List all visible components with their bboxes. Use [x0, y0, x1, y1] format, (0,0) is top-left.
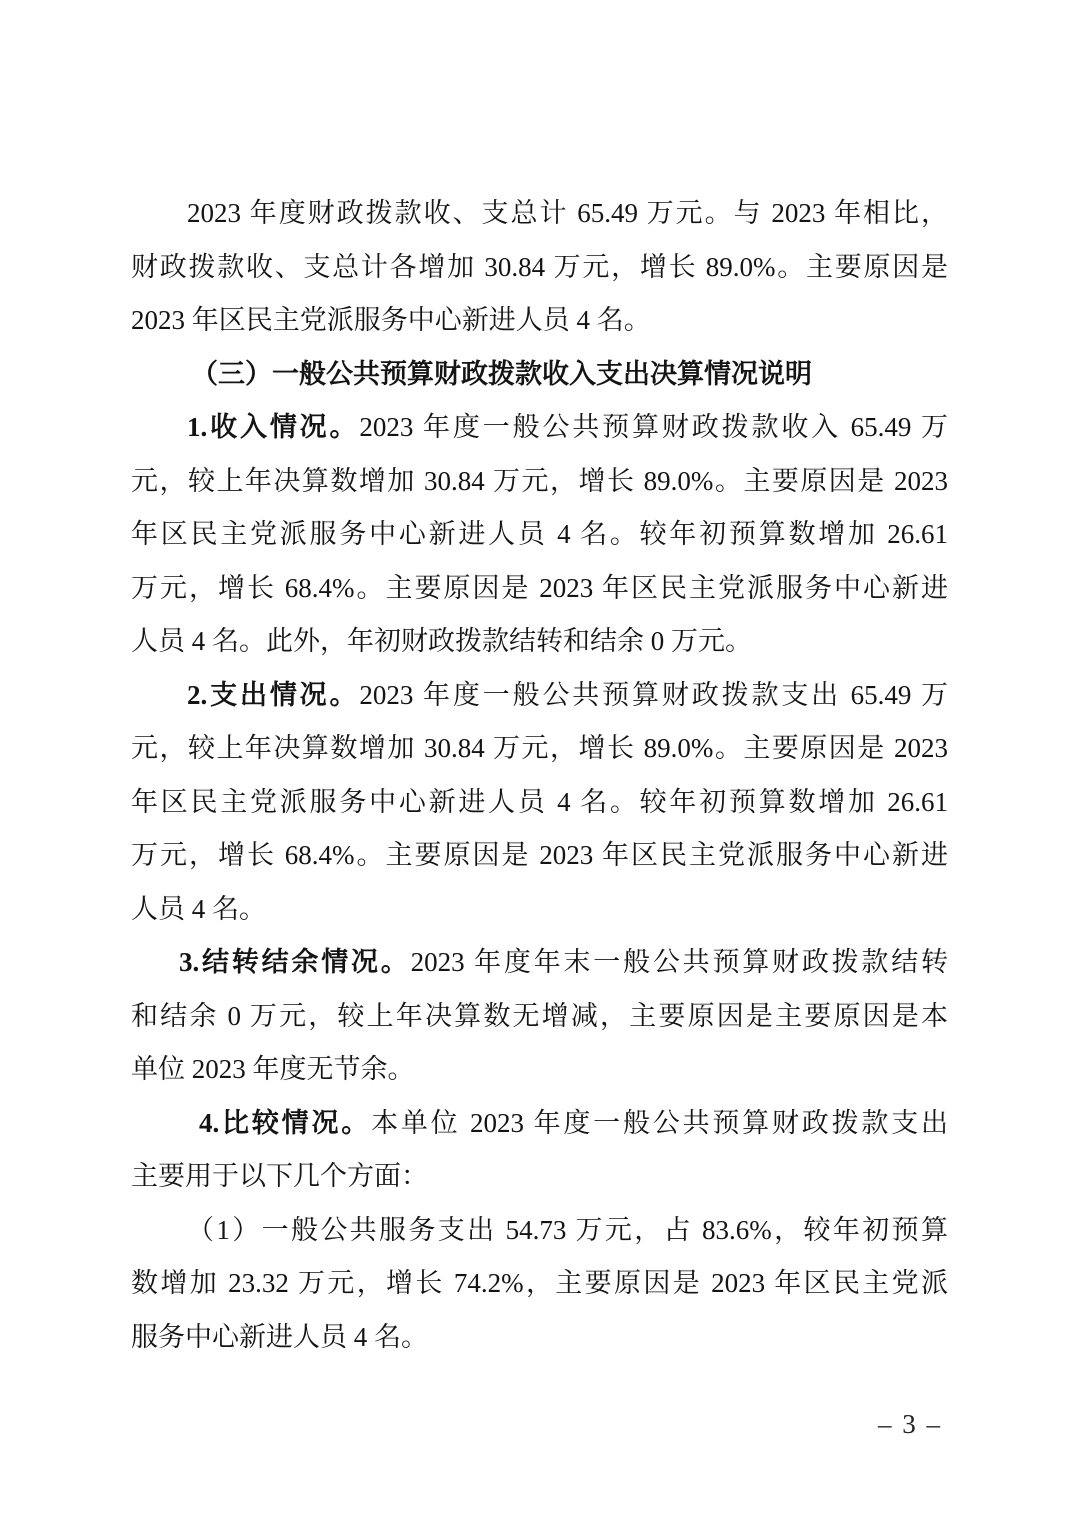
- text-run: 2023 年度一般公共预算财政拨款收入 65.49 万: [359, 412, 948, 442]
- text-run: 万元，增长 68.4%。主要原因是 2023 年区民主党派服务中心新进: [131, 573, 948, 603]
- para-expenditure-situation-line-1: 2.支出情况。2023 年度一般公共预算财政拨款支出 65.49 万: [131, 669, 948, 723]
- bold-run: 4.比较情况。: [199, 1108, 371, 1138]
- bold-run: 1.收入情况。: [187, 412, 359, 442]
- para-expenditure-situation-line-5: 人员 4 名。: [131, 883, 948, 937]
- text-run: 单位 2023 年度无节余。: [131, 1054, 415, 1084]
- document-page: 2023 年度财政拨款收、支总计 65.49 万元。与 2023 年相比，财政拨…: [0, 0, 1075, 1520]
- text-run: 2023 年度一般公共预算财政拨款支出 65.49 万: [359, 680, 948, 710]
- document-body: 2023 年度财政拨款收、支总计 65.49 万元。与 2023 年相比，财政拨…: [131, 187, 948, 1364]
- para-income-situation-line-5: 人员 4 名。此外，年初财政拨款结转和结余 0 万元。: [131, 615, 948, 669]
- text-run: 2023 年度财政拨款收、支总计 65.49 万元。与 2023 年相比，: [187, 198, 948, 228]
- text-run: 和结余 0 万元，较上年决算数无增减，主要原因是主要原因是本: [131, 1001, 948, 1031]
- text-run: 主要用于以下几个方面：: [131, 1161, 428, 1191]
- bold-run: 2.支出情况。: [187, 680, 359, 710]
- text-run: 数增加 23.32 万元，增长 74.2%，主要原因是 2023 年区民主党派: [131, 1268, 948, 1298]
- para-fiscal-appropriation-total-line-3: 2023 年区民主党派服务中心新进人员 4 名。: [131, 294, 948, 348]
- para-expenditure-situation-line-4: 万元，增长 68.4%。主要原因是 2023 年区民主党派服务中心新进: [131, 829, 948, 883]
- para-income-situation-line-4: 万元，增长 68.4%。主要原因是 2023 年区民主党派服务中心新进: [131, 562, 948, 616]
- para-income-situation-line-1: 1.收入情况。2023 年度一般公共预算财政拨款收入 65.49 万: [131, 401, 948, 455]
- para-item-general-public-service-line-1: （1）一般公共服务支出 54.73 万元，占 83.6%，较年初预算: [131, 1204, 948, 1258]
- text-run: 元，较上年决算数增加 30.84 万元，增长 89.0%。主要原因是 2023: [131, 466, 948, 496]
- text-run: 万元，增长 68.4%。主要原因是 2023 年区民主党派服务中心新进: [131, 840, 948, 870]
- para-income-situation-line-3: 年区民主党派服务中心新进人员 4 名。较年初预算数增加 26.61: [131, 508, 948, 562]
- heading-section-three-line-1: （三）一般公共预算财政拨款收入支出决算情况说明: [131, 348, 948, 402]
- bold-run: 3.结转结余情况。: [179, 947, 411, 977]
- text-run: （1）一般公共服务支出 54.73 万元，占 83.6%，较年初预算: [187, 1215, 948, 1245]
- para-expenditure-situation-line-2: 元，较上年决算数增加 30.84 万元，增长 89.0%。主要原因是 2023: [131, 722, 948, 776]
- para-fiscal-appropriation-total-line-1: 2023 年度财政拨款收、支总计 65.49 万元。与 2023 年相比，: [131, 187, 948, 241]
- para-comparison-situation-line-2: 主要用于以下几个方面：: [131, 1150, 948, 1204]
- para-carryover-balance-line-1: 3.结转结余情况。2023 年度年末一般公共预算财政拨款结转: [131, 936, 948, 990]
- text-run: 本单位 2023 年度一般公共预算财政拨款支出: [371, 1108, 948, 1138]
- text-run: 年区民主党派服务中心新进人员 4 名。较年初预算数增加 26.61: [131, 519, 948, 549]
- para-expenditure-situation-line-3: 年区民主党派服务中心新进人员 4 名。较年初预算数增加 26.61: [131, 776, 948, 830]
- para-item-general-public-service-line-3: 服务中心新进人员 4 名。: [131, 1311, 948, 1365]
- text-run: 元，较上年决算数增加 30.84 万元，增长 89.0%。主要原因是 2023: [131, 733, 948, 763]
- text-run: 服务中心新进人员 4 名。: [131, 1322, 428, 1352]
- para-fiscal-appropriation-total-line-2: 财政拨款收、支总计各增加 30.84 万元，增长 89.0%。主要原因是: [131, 241, 948, 295]
- para-comparison-situation-line-1: 4.比较情况。本单位 2023 年度一般公共预算财政拨款支出: [131, 1097, 948, 1151]
- text-run: 2023 年区民主党派服务中心新进人员 4 名。: [131, 305, 651, 335]
- para-carryover-balance-line-3: 单位 2023 年度无节余。: [131, 1043, 948, 1097]
- text-run: 年区民主党派服务中心新进人员 4 名。较年初预算数增加 26.61: [131, 787, 948, 817]
- text-run: 人员 4 名。此外，年初财政拨款结转和结余 0 万元。: [131, 626, 752, 656]
- text-run: 财政拨款收、支总计各增加 30.84 万元，增长 89.0%。主要原因是: [131, 252, 948, 282]
- para-income-situation-line-2: 元，较上年决算数增加 30.84 万元，增长 89.0%。主要原因是 2023: [131, 455, 948, 509]
- text-run: 2023 年度年末一般公共预算财政拨款结转: [411, 947, 948, 977]
- text-run: 人员 4 名。: [131, 894, 266, 924]
- para-carryover-balance-line-2: 和结余 0 万元，较上年决算数无增减，主要原因是主要原因是本: [131, 990, 948, 1044]
- para-item-general-public-service-line-2: 数增加 23.32 万元，增长 74.2%，主要原因是 2023 年区民主党派: [131, 1257, 948, 1311]
- bold-run: （三）一般公共预算财政拨款收入支出决算情况说明: [191, 359, 812, 389]
- page-number: – 3 –: [878, 1408, 942, 1441]
